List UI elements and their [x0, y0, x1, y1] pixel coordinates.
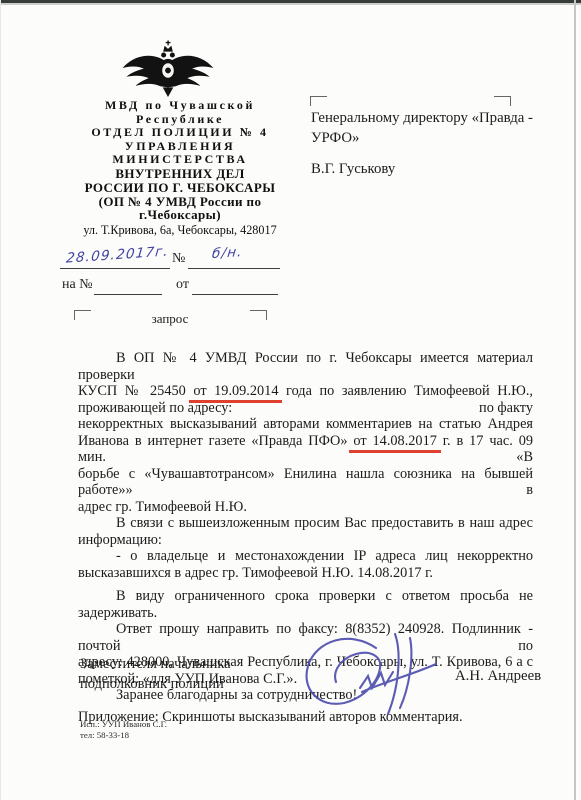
scan-edge-left — [0, 0, 1, 800]
body-line: - о владельце и местонахождении IP адрес… — [78, 548, 533, 565]
org-line: г.Чебоксары) — [50, 208, 310, 222]
body-line: борьбе с «Чувашавтотрансом» Енилина нашл… — [78, 466, 533, 499]
recipient-name: В.Г. Гуськову — [311, 160, 546, 180]
body-line: КУСП № 25450 от 19.09.2014 года по заявл… — [78, 383, 533, 400]
body-line: В виду ограниченного срока проверки с от… — [78, 588, 533, 621]
body-line: информацию: — [78, 532, 533, 549]
handwritten-date: 28.09.2017г. — [65, 243, 170, 266]
signoff-position-line: подполковник полиции — [80, 674, 231, 694]
from-date-label: от — [176, 277, 189, 293]
org-postal-address: ул. Т.Кривова, 6а, Чебоксары, 428017 — [50, 223, 310, 237]
date-blank-line — [60, 268, 170, 269]
number-blank-line — [188, 268, 280, 269]
signoff-position-line: Заместителя начальника — [80, 654, 231, 674]
body-line-with-redacted-gap: проживающей по адресу:по факту — [78, 400, 533, 417]
reply-number-blank-line — [94, 294, 162, 295]
executor-footer: Исп.: УУП Иванов С.Г. тел: 58-33-18 — [80, 719, 167, 740]
signoff-position-block: Заместителя начальника подполковник поли… — [80, 654, 231, 694]
body-line: высказавшихся в адрес гр. Тимофеевой Н.Ю… — [78, 565, 533, 582]
recipient-block: Генеральному директору «Правда - УРФО» В… — [311, 109, 546, 180]
org-line: УПРАВЛЕНИЯ — [50, 140, 310, 154]
number-sign-label: № — [172, 251, 185, 267]
body-line: некорректных высказываний авторами комме… — [78, 416, 533, 433]
org-line: МИНИСТЕРСТВА — [50, 153, 310, 167]
executor-name: Исп.: УУП Иванов С.Г. — [80, 719, 167, 730]
org-line: МВД по Чувашской — [50, 99, 310, 113]
signoff-name: А.Н. Андреев — [455, 668, 541, 685]
body-line: В связи с вышеизложенным просим Вас пред… — [78, 515, 533, 532]
recipient-title-line: УРФО» — [311, 129, 546, 149]
body-line: В ОП № 4 УМВД России по г. Чебоксары име… — [78, 350, 533, 383]
executor-phone: тел: 58-33-18 — [80, 730, 167, 741]
body-line: Иванова в интернет газете «Правда ПФО» о… — [78, 433, 533, 466]
signature-ink-icon — [298, 626, 443, 726]
scanned-letter-page: МВД по Чувашской Республике ОТДЕЛ ПОЛИЦИ… — [0, 0, 581, 800]
org-line: ВНУТРЕННИХ ДЕЛ — [50, 167, 310, 181]
in-reply-to-label: на № — [62, 277, 93, 293]
org-line: ОТДЕЛ ПОЛИЦИИ № 4 — [50, 126, 310, 140]
body-line: адрес гр. Тимофеевой Н.Ю. — [78, 499, 533, 516]
reply-date-blank-line — [192, 294, 278, 295]
handwritten-number: б/н. — [211, 244, 243, 262]
letterhead-org-block: МВД по Чувашской Республике ОТДЕЛ ПОЛИЦИ… — [50, 99, 310, 237]
scan-edge-right — [574, 0, 576, 800]
org-line: РОССИИ ПО Г. ЧЕБОКСАРЫ — [50, 181, 310, 195]
org-line: (ОП № 4 УМВД России по — [50, 195, 310, 209]
org-line: Республике — [50, 113, 310, 127]
document-type-label: запрос — [74, 311, 266, 327]
recipient-title-line: Генеральному директору «Правда - — [311, 109, 546, 129]
corner-bracket-icon — [494, 96, 511, 106]
mvd-eagle-emblem-icon — [118, 40, 218, 98]
scan-edge-top-shadow — [0, 3, 581, 5]
corner-bracket-icon — [310, 96, 327, 106]
